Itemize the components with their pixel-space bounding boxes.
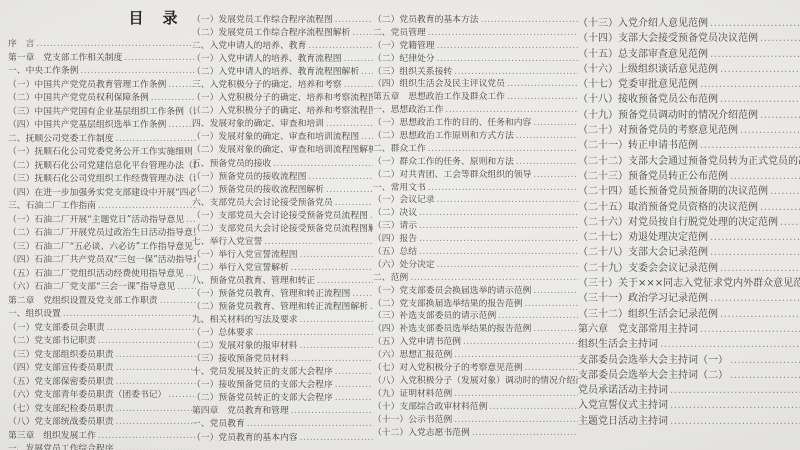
toc-entry: （二）举行入党宣誓解析	[192, 260, 373, 273]
toc-entry-text: （四）组织生活会及民主评议党员	[373, 76, 505, 89]
toc-entry: （六）思想汇报范例	[373, 347, 578, 360]
dotted-leader	[700, 79, 800, 90]
toc-entry-text: （八）入党积极分子（发展对象）调动时的情况介绍范例	[373, 373, 578, 386]
toc-entry-text: （七）党支部纪检委员职责	[8, 401, 114, 414]
toc-entry-text: （十八）接收预备党员公布范例	[578, 90, 718, 105]
toc-entry-text: （二）抚顺石化公司党建信息化平台管理办法（试行）	[8, 158, 196, 171]
toc-entry-text: 一、党员教育	[192, 416, 245, 429]
toc-entry: 支部委员会选举大会主持词（二）	[578, 366, 800, 381]
dotted-leader	[780, 217, 800, 228]
toc-entry-text: （三十一）政治学习记录范例	[578, 289, 708, 304]
toc-entry: （二）对共青团、工会等群众组织的领导	[373, 167, 578, 180]
toc-entry: 一、常用文书	[373, 180, 578, 193]
toc-entry: 序 言	[8, 36, 196, 50]
toc-entry-text: （二）举行入党宣誓解析	[192, 260, 289, 273]
toc-entry: 一、组织设置	[8, 306, 196, 320]
toc-entry: （一）发展党员工作综合程序流程图	[192, 12, 373, 25]
toc-entry: （一）群众工作的任务、原则和方法	[373, 154, 578, 167]
toc-entry: 一、党员教育	[192, 416, 373, 429]
toc-entry: 九、相关材料的写法及要求	[192, 312, 373, 325]
toc-entry-text: 二、入党申请人的培养、教育	[192, 38, 306, 51]
toc-entry: （二）中国共产党党员权利保障条例	[8, 90, 196, 104]
toc-entry: （二）支部党员大会讨论接受预备党员流程图解析	[192, 221, 373, 234]
toc-entry-text: （二十）对预备党员的考察意见范例	[578, 121, 738, 136]
dotted-leader	[291, 263, 373, 273]
toc-entry: 第二章 党组织设置及党支部工作职责	[8, 293, 196, 307]
dotted-leader	[419, 247, 578, 257]
toc-entry-text: （二十六）对党员按自行脱党处理的决定范例	[578, 213, 778, 228]
toc-entry-text: 第三章 组织发展工作	[8, 428, 96, 441]
toc-entry: （一）举行入党宣誓流程图	[192, 247, 373, 260]
toc-entry-text: （二）思想政治工作原则和方式方法	[373, 128, 514, 141]
dotted-leader	[720, 94, 800, 105]
dotted-leader	[419, 208, 578, 218]
dotted-leader	[300, 250, 373, 260]
toc-entry: （二）党支部书记职责	[8, 333, 196, 347]
dotted-leader	[419, 234, 578, 244]
toc-entry: （一）党籍管理	[373, 38, 578, 51]
toc-entry: （十六）上级组织谈话意见范例	[578, 60, 800, 75]
dotted-leader	[116, 404, 196, 414]
dotted-leader	[98, 431, 196, 441]
toc-entry: （二）入党申请人的培养、教育流程图解析	[192, 64, 373, 77]
toc-entry-text: （三）石油二厂“五必谈、六必访”工作指导意见	[8, 239, 193, 252]
toc-entry-text: （十二）入党志愿书范例	[373, 425, 470, 438]
toc-page: 目 录 序 言第一章 党支部工作相关制度一、中央工作条例（一）中国共产党党员教育…	[0, 0, 800, 450]
toc-entry: 二、群众工作	[373, 141, 578, 154]
toc-entry-text: （二十一）转正申请书范例	[578, 136, 698, 151]
toc-entry-text: 入党宣誓仪式主持词	[578, 396, 668, 411]
toc-entry: （十四）支部大会接受预备党员决议范例	[578, 29, 800, 44]
toc-entry-text: 第五章 思想政治工作及群众工作	[373, 89, 505, 102]
toc-entry: （二十二）支部大会通过预备党员转为正式党员的决议范例	[578, 152, 800, 167]
dotted-leader	[344, 80, 373, 90]
toc-entry: 八、预备党员教育、管理和转正	[192, 273, 373, 286]
toc-entry-text: （五）总结	[373, 244, 417, 257]
toc-entry-text: （一）入党申请人的培养、教育流程图	[192, 51, 342, 64]
toc-entry: （七）党支部纪检委员职责	[8, 401, 196, 415]
toc-entry-text: 十、党员发展及转正的支部大会程序	[192, 364, 333, 377]
dotted-leader	[454, 350, 578, 360]
toc-entry-text: （二）决议	[373, 205, 417, 218]
toc-entry: （七）对入党积极分子的考察意见范例	[373, 360, 578, 373]
dotted-leader	[326, 119, 373, 129]
dotted-leader	[437, 54, 578, 64]
dotted-leader	[730, 171, 800, 182]
toc-entry: 五、预备党员的接收	[192, 156, 373, 169]
toc-column-4: （十三）入党介绍人意见范例（十四）支部大会接受预备党员决议范例（十五）总支部审查…	[578, 14, 800, 450]
toc-entry-text: 二、范例	[373, 270, 408, 283]
toc-entry: （二）预备党员教育、管理和转正流程图解析	[192, 299, 373, 312]
dotted-leader	[116, 417, 196, 427]
dotted-leader	[472, 428, 578, 438]
dotted-leader	[63, 309, 196, 319]
dotted-leader	[291, 354, 373, 364]
toc-entry-text: 支部委员会选举大会主持词（一）	[578, 351, 728, 366]
toc-entry-text: 第四章 党员教育和管理	[192, 403, 289, 416]
toc-entry: （一）入党积极分子的确定、培养和考察流程图	[192, 90, 373, 103]
toc-entry-text: （三）请示	[373, 218, 417, 231]
toc-entry: 三、石油二厂工作指南	[8, 198, 196, 212]
toc-entry-text: （二）党支部换届选举结果的报告范例	[373, 296, 523, 309]
dotted-leader	[116, 350, 196, 360]
toc-column-3: （二）党员教育的基本方法二、党员管理（一）党籍管理（二）纪律处分（三）组织关系接…	[373, 12, 578, 450]
toc-entry-text: 三、石油二厂工作指南	[8, 198, 96, 211]
toc-entry: （二）预备党员转正的支部大会程序	[192, 390, 373, 403]
dotted-leader	[710, 49, 800, 60]
toc-entry-text: （一）思想政治工作的目的、任务和内容	[373, 115, 531, 128]
toc-entry-text: （一）石油二厂开展“主题党日”活动指导意见	[8, 212, 184, 225]
toc-entry: （二）抚顺石化公司党建信息化平台管理办法（试行）	[8, 158, 196, 172]
toc-entry-text: （五）入党申请书范例	[373, 334, 461, 347]
toc-entry: （二）思想政治工作原则和方式方法	[373, 128, 578, 141]
toc-entry: （三）石油二厂“五必谈、六必访”工作指导意见	[8, 239, 196, 253]
toc-entry-text: （三十）关于×××同志入党征求党内外群众意见范例	[578, 274, 800, 289]
dotted-leader	[463, 337, 578, 347]
toc-entry: （二十七）劝退处理决定范例	[578, 228, 800, 243]
dotted-leader	[273, 159, 373, 169]
toc-entry-text: （一）会议记录	[373, 192, 435, 205]
dotted-leader	[308, 41, 373, 51]
toc-entry: （二）党支部换届选举结果的报告范例	[373, 296, 578, 309]
dotted-leader	[760, 202, 800, 213]
dotted-leader	[670, 385, 800, 396]
toc-entry: （三十）关于×××同志入党征求党内外群众意见范例	[578, 274, 800, 289]
toc-entry-text: （七）对入党积极分子的考察意见范例	[373, 360, 523, 373]
toc-entry: （八）入党积极分子（发展对象）调动时的情况介绍范例	[373, 373, 578, 386]
toc-entry: 四、发展对象的确定、审查和培训	[192, 116, 373, 129]
dotted-leader	[335, 380, 373, 390]
toc-entry-text: （六）思想汇报范例	[373, 347, 452, 360]
toc-entry: （三）中国共产党国有企业基层组织工作条例（试行）	[8, 104, 196, 118]
toc-entry: （五）石油二厂党组织活动经费使用指导意见	[8, 266, 196, 280]
toc-entry: （二）党员教育的基本方法	[373, 12, 578, 25]
toc-entry-text: 第二章 党组织设置及党支部工作职责	[8, 293, 158, 306]
toc-entry: 二、党员管理	[373, 25, 578, 38]
toc-entry-text: （十一）公示书范例	[373, 412, 452, 425]
dotted-leader	[36, 39, 196, 49]
toc-entry-text: （六）石油二厂党支部“三会一课”指导意见	[8, 279, 175, 292]
dotted-leader	[507, 92, 578, 102]
toc-entry: （十九）预备党员调动时的情况介绍范例	[578, 106, 800, 121]
dotted-leader	[300, 433, 373, 443]
toc-entry-text: （二）预备党员转正的支部大会程序	[192, 390, 333, 403]
dotted-leader	[670, 416, 800, 427]
dotted-leader	[326, 185, 373, 195]
dotted-leader	[454, 389, 578, 399]
toc-entry: （一）预备党员教育、管理和转正流程图	[192, 286, 373, 299]
dotted-leader	[710, 18, 800, 29]
dotted-leader	[300, 315, 373, 325]
dotted-leader	[116, 363, 196, 373]
dotted-leader	[489, 402, 578, 412]
dotted-leader	[720, 263, 800, 274]
toc-entry: （一）党支部委员会换届选举的请示范例	[373, 283, 578, 296]
toc-entry-text: （十五）总支部审查意见范例	[578, 45, 708, 60]
page-title: 目 录	[112, 7, 196, 29]
toc-entry: 党员承诺活动主持词	[578, 381, 800, 396]
toc-entry-text: （十四）支部大会接受预备党员决议范例	[578, 29, 758, 44]
toc-entry: （三十一）政治学习记录范例	[578, 289, 800, 304]
dotted-leader	[445, 105, 578, 115]
dotted-leader	[361, 67, 373, 77]
dotted-leader	[454, 67, 578, 77]
toc-entry-text: （二十五）取消预备党员资格的决议范例	[578, 198, 758, 213]
toc-entry: （二）发展党员工作综合程序流程图解析	[192, 25, 373, 38]
dotted-leader	[720, 309, 800, 320]
toc-entry-text: （二十三）预备党员转正公布范例	[578, 167, 728, 182]
toc-entry-text: （一）总体要求	[192, 325, 254, 338]
toc-entry-text: （一）抚顺石化公司党委党务公开工作实施细则	[8, 144, 193, 157]
toc-entry-text: （一）中国共产党党员教育管理工作条例	[8, 77, 166, 90]
dotted-leader	[317, 276, 373, 286]
toc-entry-text: 四、发展对象的确定、审查和培训	[192, 116, 324, 129]
toc-entry: （八）党支部统战委员职责	[8, 414, 196, 428]
toc-entry: （一）预备党员的接收流程图	[192, 169, 373, 182]
toc-entry: （六）党支部青年委员职责（团委书记）	[8, 387, 196, 401]
toc-entry-text: （三）补选支部委员的请示范例	[373, 308, 496, 321]
toc-entry: （四）补选支部委员选举结果的报告范例	[373, 321, 578, 334]
toc-entry-text: （二）党员教育的基本方法	[373, 12, 479, 25]
toc-entry-text: （一）群众工作的任务、原则和方法	[373, 154, 514, 167]
toc-entry: （二）发展对象的确定、审查和培训流程图解析	[192, 142, 373, 155]
toc-entry-text: （九）证明材料范例	[373, 386, 452, 399]
dotted-leader	[525, 363, 578, 373]
toc-entry-text: （二十四）延长预备党员预备期的决议范例	[578, 182, 768, 197]
toc-entry: 三、入党积极分子的确定、培养和考察	[192, 77, 373, 90]
toc-entry-text: 二、党员管理	[373, 25, 426, 38]
toc-entry-text: （一）预备党员教育、管理和转正流程图	[192, 286, 350, 299]
dotted-leader	[98, 201, 196, 211]
dotted-leader	[533, 118, 578, 128]
toc-entry-text: （一）党支部委员会职责	[8, 320, 105, 333]
toc-entry-text: 二、群众工作	[373, 141, 426, 154]
toc-entry-text: （三）党支部组织委员职责	[8, 347, 114, 360]
dotted-leader	[498, 311, 578, 321]
toc-entry: 六、支部党员大会讨论接受预备党员	[192, 195, 373, 208]
toc-entry: （二十三）预备党员转正公布范例	[578, 167, 800, 182]
toc-entry-text: （一）接收预备党员的支部大会程序	[192, 377, 333, 390]
toc-entry-text: （三）抚顺石化公司党组织工作经费管理办法（试行）	[8, 171, 196, 184]
dotted-leader	[291, 406, 373, 416]
toc-entry-text: 一、常用文书	[373, 180, 426, 193]
toc-entry: 二、入党申请人的培养、教育	[192, 38, 373, 51]
toc-entry-text: （二）发展对象的报审材料	[192, 338, 298, 351]
toc-entry: 七、举行入党宣誓	[192, 234, 373, 247]
dotted-leader	[507, 79, 578, 89]
toc-entry: （一）总体要求	[192, 325, 373, 338]
toc-entry-text: （二）中国共产党党员权利保障条例	[8, 90, 149, 103]
toc-entry-text: （五）党支部保密委员职责	[8, 374, 114, 387]
toc-entry-text: （十六）上级组织谈话意见范例	[578, 60, 718, 75]
toc-entry-text: （二）预备党员教育、管理和转正流程图解析	[192, 299, 368, 312]
toc-entry-text: （一）预备党员的接收流程图	[192, 169, 306, 182]
dotted-leader	[525, 299, 578, 309]
toc-entry: （六）石油二厂党支部“三会一课”指导意见	[8, 279, 196, 293]
toc-entry: （三）党支部组织委员职责	[8, 347, 196, 361]
dotted-leader	[428, 144, 578, 154]
toc-entry: 第五章 思想政治工作及群众工作	[373, 89, 578, 102]
toc-entry: 主题党日活动主持词	[578, 412, 800, 427]
toc-entry: （三十二）组织生活会记录范例	[578, 305, 800, 320]
toc-entry: （二十五）取消预备党员资格的决议范例	[578, 198, 800, 213]
toc-entry: 第四章 党员教育和管理	[192, 403, 373, 416]
toc-entry-text: （二）发展党员工作综合程序流程图解析	[192, 25, 350, 38]
dotted-leader	[700, 140, 800, 151]
toc-entry: （一）抚顺石化公司党委党务公开工作实施细则	[8, 144, 196, 158]
toc-entry-text: （十三）入党介绍人意见范例	[578, 14, 708, 29]
toc-entry-text: 三、入党积极分子的确定、培养和考察	[192, 77, 342, 90]
toc-entry: 二、范例	[373, 270, 578, 283]
toc-entry: 第六章 党支部常用主持词	[578, 320, 800, 335]
dotted-leader	[481, 15, 578, 25]
dotted-leader	[720, 64, 800, 75]
toc-entry: （三）请示	[373, 218, 578, 231]
dotted-leader	[516, 157, 578, 167]
toc-entry: （二十九）支委会会议记录范例	[578, 259, 800, 274]
toc-entry-text: 八、预备党员教育、管理和转正	[192, 273, 315, 286]
dotted-leader	[770, 186, 800, 197]
toc-entry-text: （二）对共青团、工会等群众组织的领导	[373, 167, 531, 180]
dotted-leader	[107, 323, 196, 333]
dotted-leader	[730, 370, 800, 381]
toc-entry-text: （二十二）支部大会通过预备党员转为正式党员的决议范例	[578, 152, 800, 167]
toc-entry: （九）证明材料范例	[373, 386, 578, 399]
toc-entry-text: （十九）预备党员调动时的情况介绍范例	[578, 106, 758, 121]
toc-entry-text: （十七）党委审批意见范例	[578, 75, 698, 90]
toc-entry: （二十八）支部大会记录范例	[578, 243, 800, 258]
toc-entry: （一）中国共产党党员教育管理工作条例	[8, 77, 196, 91]
toc-entry: （二）入党积极分子的确定、培养和考察流程图解析	[192, 103, 373, 116]
toc-entry: （十二）入党志愿书范例	[373, 425, 578, 438]
toc-entry: （二）纪律处分	[373, 51, 578, 64]
dotted-leader	[335, 198, 373, 208]
toc-entry: 二、抚顺公司党委工作制度	[8, 131, 196, 145]
toc-entry-text: 九、相关材料的写法及要求	[192, 312, 298, 325]
dotted-leader	[116, 377, 196, 387]
dotted-leader	[410, 273, 578, 283]
toc-entry-text: （十）支部综合政审材料范例	[373, 399, 487, 412]
toc-column-1: 序 言第一章 党支部工作相关制度一、中央工作条例（一）中国共产党党员教育管理工作…	[8, 36, 196, 450]
dotted-leader	[256, 328, 373, 338]
toc-entry-text: 一、组织设置	[8, 306, 61, 319]
toc-entry-text: 组织生活会主持词	[578, 335, 658, 350]
toc-entry-text: （二）石油二厂开展党员过政治生日活动指导意见	[8, 225, 196, 238]
toc-entry: 一、中央工作条例	[8, 63, 196, 77]
dotted-leader	[352, 28, 373, 38]
toc-entry: 一、思想政治工作	[373, 102, 578, 115]
dotted-leader	[454, 415, 578, 425]
toc-entry: （二十四）延长预备党员预备期的决议范例	[578, 182, 800, 197]
toc-entry-text: （四）报告	[373, 231, 417, 244]
toc-entry-text: 第一章 党支部工作相关制度	[8, 50, 122, 63]
toc-entry-text: （一）发展对象的确定、审查和培训流程图	[192, 129, 359, 142]
dotted-leader	[151, 93, 196, 103]
toc-entry: （三）接收预备党员材料	[192, 351, 373, 364]
dotted-leader	[80, 66, 196, 76]
toc-entry: （三）抚顺石化公司党组织工作经费管理办法（试行）	[8, 171, 196, 185]
toc-entry: （二）决议	[373, 205, 578, 218]
toc-entry-text: （三）接收预备党员材料	[192, 351, 289, 364]
dotted-leader	[247, 419, 373, 429]
toc-entry: （二）预备党员的接收流程图解析	[192, 182, 373, 195]
toc-entry-text: （二）纪律处分	[373, 51, 435, 64]
toc-entry-text: 一、发展党员工作综合程序	[8, 441, 114, 450]
dotted-leader	[760, 33, 800, 44]
toc-entry-text: （二十七）劝退处理决定范例	[578, 228, 708, 243]
toc-entry: 组织生活会主持词	[578, 335, 800, 350]
dotted-leader	[335, 367, 373, 377]
toc-entry-text: （三）组织关系接转	[373, 64, 452, 77]
dotted-leader	[670, 400, 800, 411]
toc-entry-text: 二、抚顺公司党委工作制度	[8, 131, 114, 144]
toc-entry: （十）支部综合政审材料范例	[373, 399, 578, 412]
toc-entry: （二）发展对象的报审材料	[192, 338, 373, 351]
toc-entry-text: 五、预备党员的接收	[192, 156, 271, 169]
toc-entry-text: （八）党支部统战委员职责	[8, 414, 114, 427]
dotted-leader	[124, 53, 196, 63]
toc-entry: 第一章 党支部工作相关制度	[8, 50, 196, 64]
toc-entry-text: （一）党籍管理	[373, 38, 435, 51]
dotted-leader	[710, 293, 800, 304]
toc-entry-text: （二）发展对象的确定、审查和培训流程图解析	[192, 142, 373, 155]
toc-entry-text: （四）补选支部委员选举结果的报告范例	[373, 321, 531, 334]
toc-entry-text: 主题党日活动主持词	[578, 412, 668, 427]
toc-entry-text: （二十八）支部大会记录范例	[578, 243, 708, 258]
dotted-leader	[760, 110, 800, 121]
toc-entry-text: （二）入党申请人的培养、教育流程图解析	[192, 64, 359, 77]
toc-entry-text: （一）举行入党宣誓流程图	[192, 247, 298, 260]
dotted-leader	[730, 355, 800, 366]
toc-entry-text: （四）在进一步加强务实党支部建设中开展“四必清、五	[8, 185, 196, 198]
toc-entry: （一）党员教育的基本内容	[192, 430, 373, 443]
dotted-leader	[710, 232, 800, 243]
dotted-leader	[437, 195, 578, 205]
toc-entry: （一）会议记录	[373, 192, 578, 205]
dotted-leader	[116, 134, 196, 144]
toc-entry: （一）党支部委员会职责	[8, 320, 196, 334]
toc-entry: （四）中国共产党基层组织选举工作条例	[8, 117, 196, 131]
dotted-leader	[533, 170, 578, 180]
toc-entry-text: 党员承诺活动主持词	[578, 381, 668, 396]
toc-entry: （四）组织生活会及民主评议党员	[373, 76, 578, 89]
dotted-leader	[308, 172, 373, 182]
dotted-leader	[160, 296, 196, 306]
dotted-leader	[419, 221, 578, 231]
toc-entry: （四）报告	[373, 231, 578, 244]
toc-entry: （十五）总支部审查意见范例	[578, 45, 800, 60]
toc-entry-text: （二）支部党员大会讨论接受预备党员流程图解析	[192, 221, 373, 234]
toc-entry: （一）支部党员大会讨论接受预备党员流程图	[192, 208, 373, 221]
dotted-leader	[98, 336, 196, 346]
dotted-leader	[533, 324, 578, 334]
toc-entry-text: （五）石油二厂党组织活动经费使用指导意见	[8, 266, 184, 279]
toc-entry: （一）接收预备党员的支部大会程序	[192, 377, 373, 390]
dotted-leader	[660, 339, 800, 350]
dotted-leader	[700, 324, 800, 335]
toc-entry: （二十一）转正申请书范例	[578, 136, 800, 151]
dotted-leader	[335, 393, 373, 403]
dotted-leader	[740, 125, 800, 136]
dotted-leader	[344, 54, 373, 64]
toc-entry: （十七）党委审批意见范例	[578, 75, 800, 90]
toc-entry-text: （六）处分决定	[373, 257, 435, 270]
toc-entry-text: 序 言	[8, 36, 34, 49]
toc-entry-text: （一）支部党员大会讨论接受预备党员流程图	[192, 208, 368, 221]
dotted-leader	[428, 183, 578, 193]
toc-entry: （十一）公示书范例	[373, 412, 578, 425]
dotted-leader	[335, 15, 373, 25]
